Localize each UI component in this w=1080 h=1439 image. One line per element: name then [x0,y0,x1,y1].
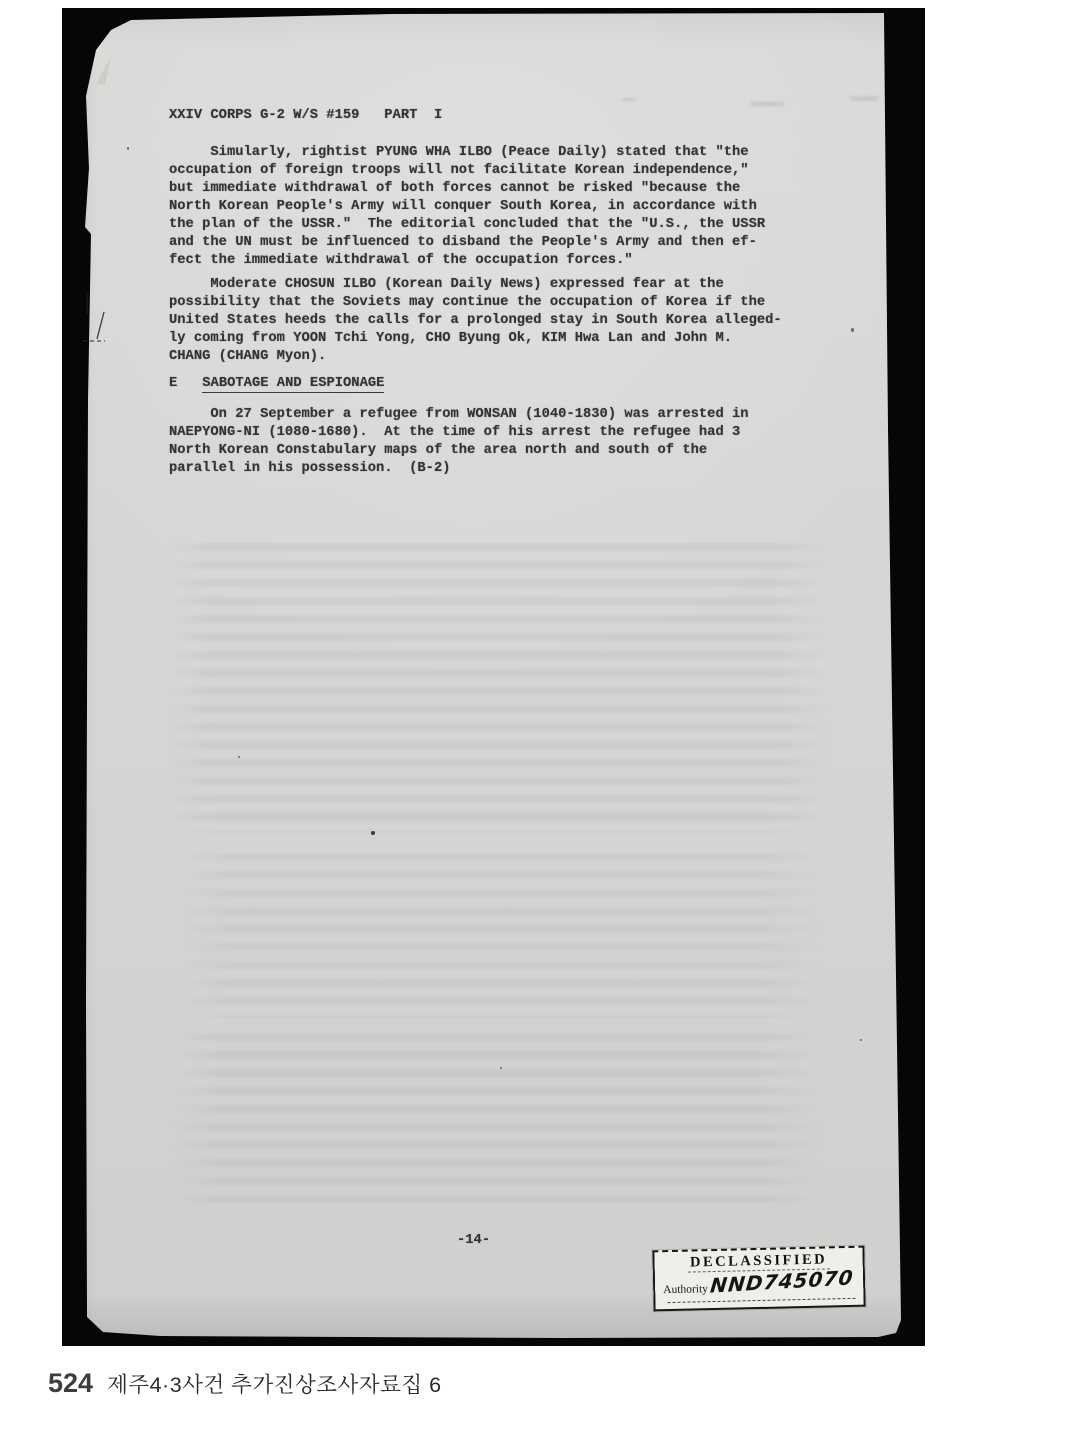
faint-smudge [850,96,878,101]
ghost-text-bleedthrough [172,1033,822,1203]
ink-speck [851,328,854,332]
book-page-number: 524 [48,1368,93,1399]
faint-smudge [750,102,784,106]
ghost-text-bleedthrough [167,543,832,833]
paragraph-chosun-ilbo: Moderate CHOSUN ILBO (Korean Daily News)… [169,276,829,366]
section-title: SABOTAGE AND ESPIONAGE [202,376,384,393]
section-letter: E [169,376,177,391]
declassified-stamp: DECLASSIFIED Authority NND745070 [652,1246,865,1312]
section-heading: ESABOTAGE AND ESPIONAGE [169,375,829,393]
ink-speck [500,1067,502,1069]
ink-speck [860,1039,862,1041]
book-title-caption: 제주4·3사건 추가진상조사자료집 6 [107,1368,441,1399]
faint-smudge [622,98,636,101]
pencil-mark [77,288,117,348]
ink-speck [127,147,129,150]
document-header: XXIV CORPS G-2 W/S #159 PART I [169,107,829,125]
page-number: -14- [457,1232,537,1250]
stamp-signature-line [668,1298,856,1303]
book-page: XXIV CORPS G-2 W/S #159 PART I Simularly… [0,0,1080,1439]
paragraph-pyung-wha-ilbo: Simularly, rightist PYUNG WHA ILBO (Peac… [169,144,829,270]
ink-speck [371,831,375,835]
ink-speck [238,756,240,758]
stamp-authority-label: Authority [663,1283,708,1296]
ghost-text-bleedthrough [182,853,822,1018]
paragraph-wonsan-refugee: On 27 September a refugee from WONSAN (1… [169,406,829,478]
scanned-page-frame: XXIV CORPS G-2 W/S #159 PART I Simularly… [62,8,925,1346]
book-footer: 524 제주4·3사건 추가진상조사자료집 6 [48,1368,442,1399]
